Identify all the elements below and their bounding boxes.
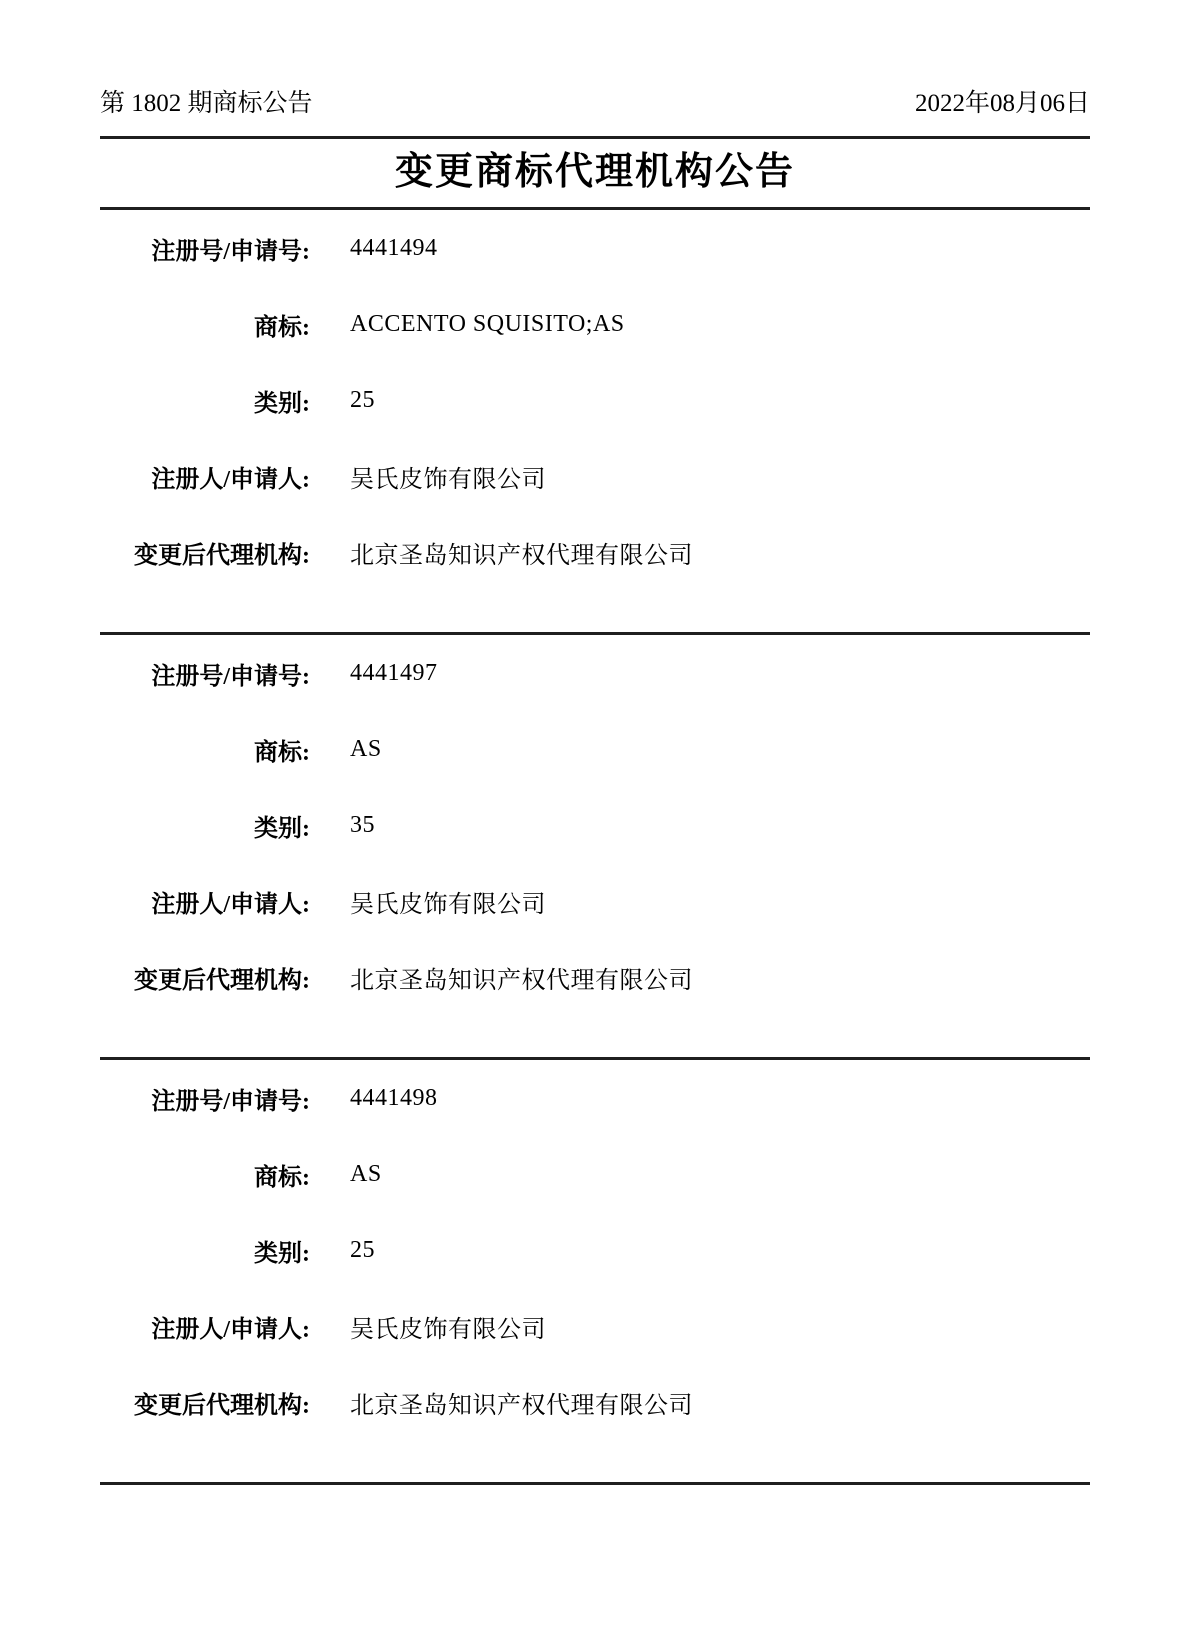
- field-row: 注册人/申请人: 吴氏皮饰有限公司: [100, 1288, 1090, 1364]
- field-value-reg-no: 4441498: [350, 1085, 438, 1112]
- field-label-reg-no: 注册号/申请号:: [100, 231, 310, 266]
- field-label-trademark: 商标:: [100, 732, 310, 767]
- issue-number: 第 1802 期商标公告: [100, 90, 313, 118]
- field-label-class: 类别:: [100, 383, 310, 418]
- field-label-trademark: 商标:: [100, 307, 310, 342]
- field-value-class: 25: [350, 1237, 375, 1264]
- field-row: 注册人/申请人: 吴氏皮饰有限公司: [100, 863, 1090, 939]
- field-value-applicant: 吴氏皮饰有限公司: [350, 459, 546, 494]
- field-row: 类别: 25: [100, 1212, 1090, 1288]
- field-row: 注册号/申请号: 4441497: [100, 635, 1090, 711]
- field-row: 变更后代理机构: 北京圣岛知识产权代理有限公司: [100, 939, 1090, 1015]
- field-row: 商标: AS: [100, 711, 1090, 787]
- field-value-applicant: 吴氏皮饰有限公司: [350, 884, 546, 919]
- field-value-reg-no: 4441497: [350, 660, 438, 687]
- page-title: 变更商标代理机构公告: [100, 147, 1090, 197]
- gazette-page: 第 1802 期商标公告 2022年08月06日 变更商标代理机构公告 注册号/…: [0, 0, 1190, 1636]
- field-row: 注册号/申请号: 4441494: [100, 210, 1090, 286]
- field-label-new-agency: 变更后代理机构:: [100, 960, 310, 995]
- field-value-trademark: AS: [350, 1161, 382, 1188]
- issue-date: 2022年08月06日: [915, 90, 1090, 118]
- field-label-new-agency: 变更后代理机构:: [100, 535, 310, 570]
- field-label-applicant: 注册人/申请人:: [100, 459, 310, 494]
- field-value-new-agency: 北京圣岛知识产权代理有限公司: [350, 1385, 693, 1420]
- field-row: 类别: 35: [100, 787, 1090, 863]
- header-rule: [100, 136, 1090, 139]
- field-value-class: 35: [350, 812, 375, 839]
- record-section: 注册号/申请号: 4441498 商标: AS 类别: 25 注册人/申请人: …: [100, 1060, 1090, 1482]
- field-row: 注册号/申请号: 4441498: [100, 1060, 1090, 1136]
- field-row: 类别: 25: [100, 362, 1090, 438]
- field-value-trademark: AS: [350, 736, 382, 763]
- field-label-class: 类别:: [100, 1233, 310, 1268]
- field-value-applicant: 吴氏皮饰有限公司: [350, 1309, 546, 1344]
- field-value-reg-no: 4441494: [350, 235, 438, 262]
- field-label-class: 类别:: [100, 808, 310, 843]
- field-label-trademark: 商标:: [100, 1157, 310, 1192]
- field-row: 注册人/申请人: 吴氏皮饰有限公司: [100, 438, 1090, 514]
- field-value-new-agency: 北京圣岛知识产权代理有限公司: [350, 960, 693, 995]
- field-label-new-agency: 变更后代理机构:: [100, 1385, 310, 1420]
- field-row: 变更后代理机构: 北京圣岛知识产权代理有限公司: [100, 514, 1090, 590]
- field-row: 商标: AS: [100, 1136, 1090, 1212]
- field-value-class: 25: [350, 387, 375, 414]
- field-label-applicant: 注册人/申请人:: [100, 1309, 310, 1344]
- record-section: 注册号/申请号: 4441497 商标: AS 类别: 35 注册人/申请人: …: [100, 635, 1090, 1057]
- field-value-trademark: ACCENTO SQUISITO;AS: [350, 311, 625, 338]
- field-row: 变更后代理机构: 北京圣岛知识产权代理有限公司: [100, 1364, 1090, 1440]
- field-label-applicant: 注册人/申请人:: [100, 884, 310, 919]
- record-section: 注册号/申请号: 4441494 商标: ACCENTO SQUISITO;AS…: [100, 210, 1090, 632]
- bottom-rule: [100, 1482, 1090, 1485]
- field-row: 商标: ACCENTO SQUISITO;AS: [100, 286, 1090, 362]
- page-header: 第 1802 期商标公告 2022年08月06日: [100, 0, 1090, 118]
- field-label-reg-no: 注册号/申请号:: [100, 1081, 310, 1116]
- field-label-reg-no: 注册号/申请号:: [100, 656, 310, 691]
- page-content: 第 1802 期商标公告 2022年08月06日 变更商标代理机构公告 注册号/…: [100, 0, 1090, 1485]
- field-value-new-agency: 北京圣岛知识产权代理有限公司: [350, 535, 693, 570]
